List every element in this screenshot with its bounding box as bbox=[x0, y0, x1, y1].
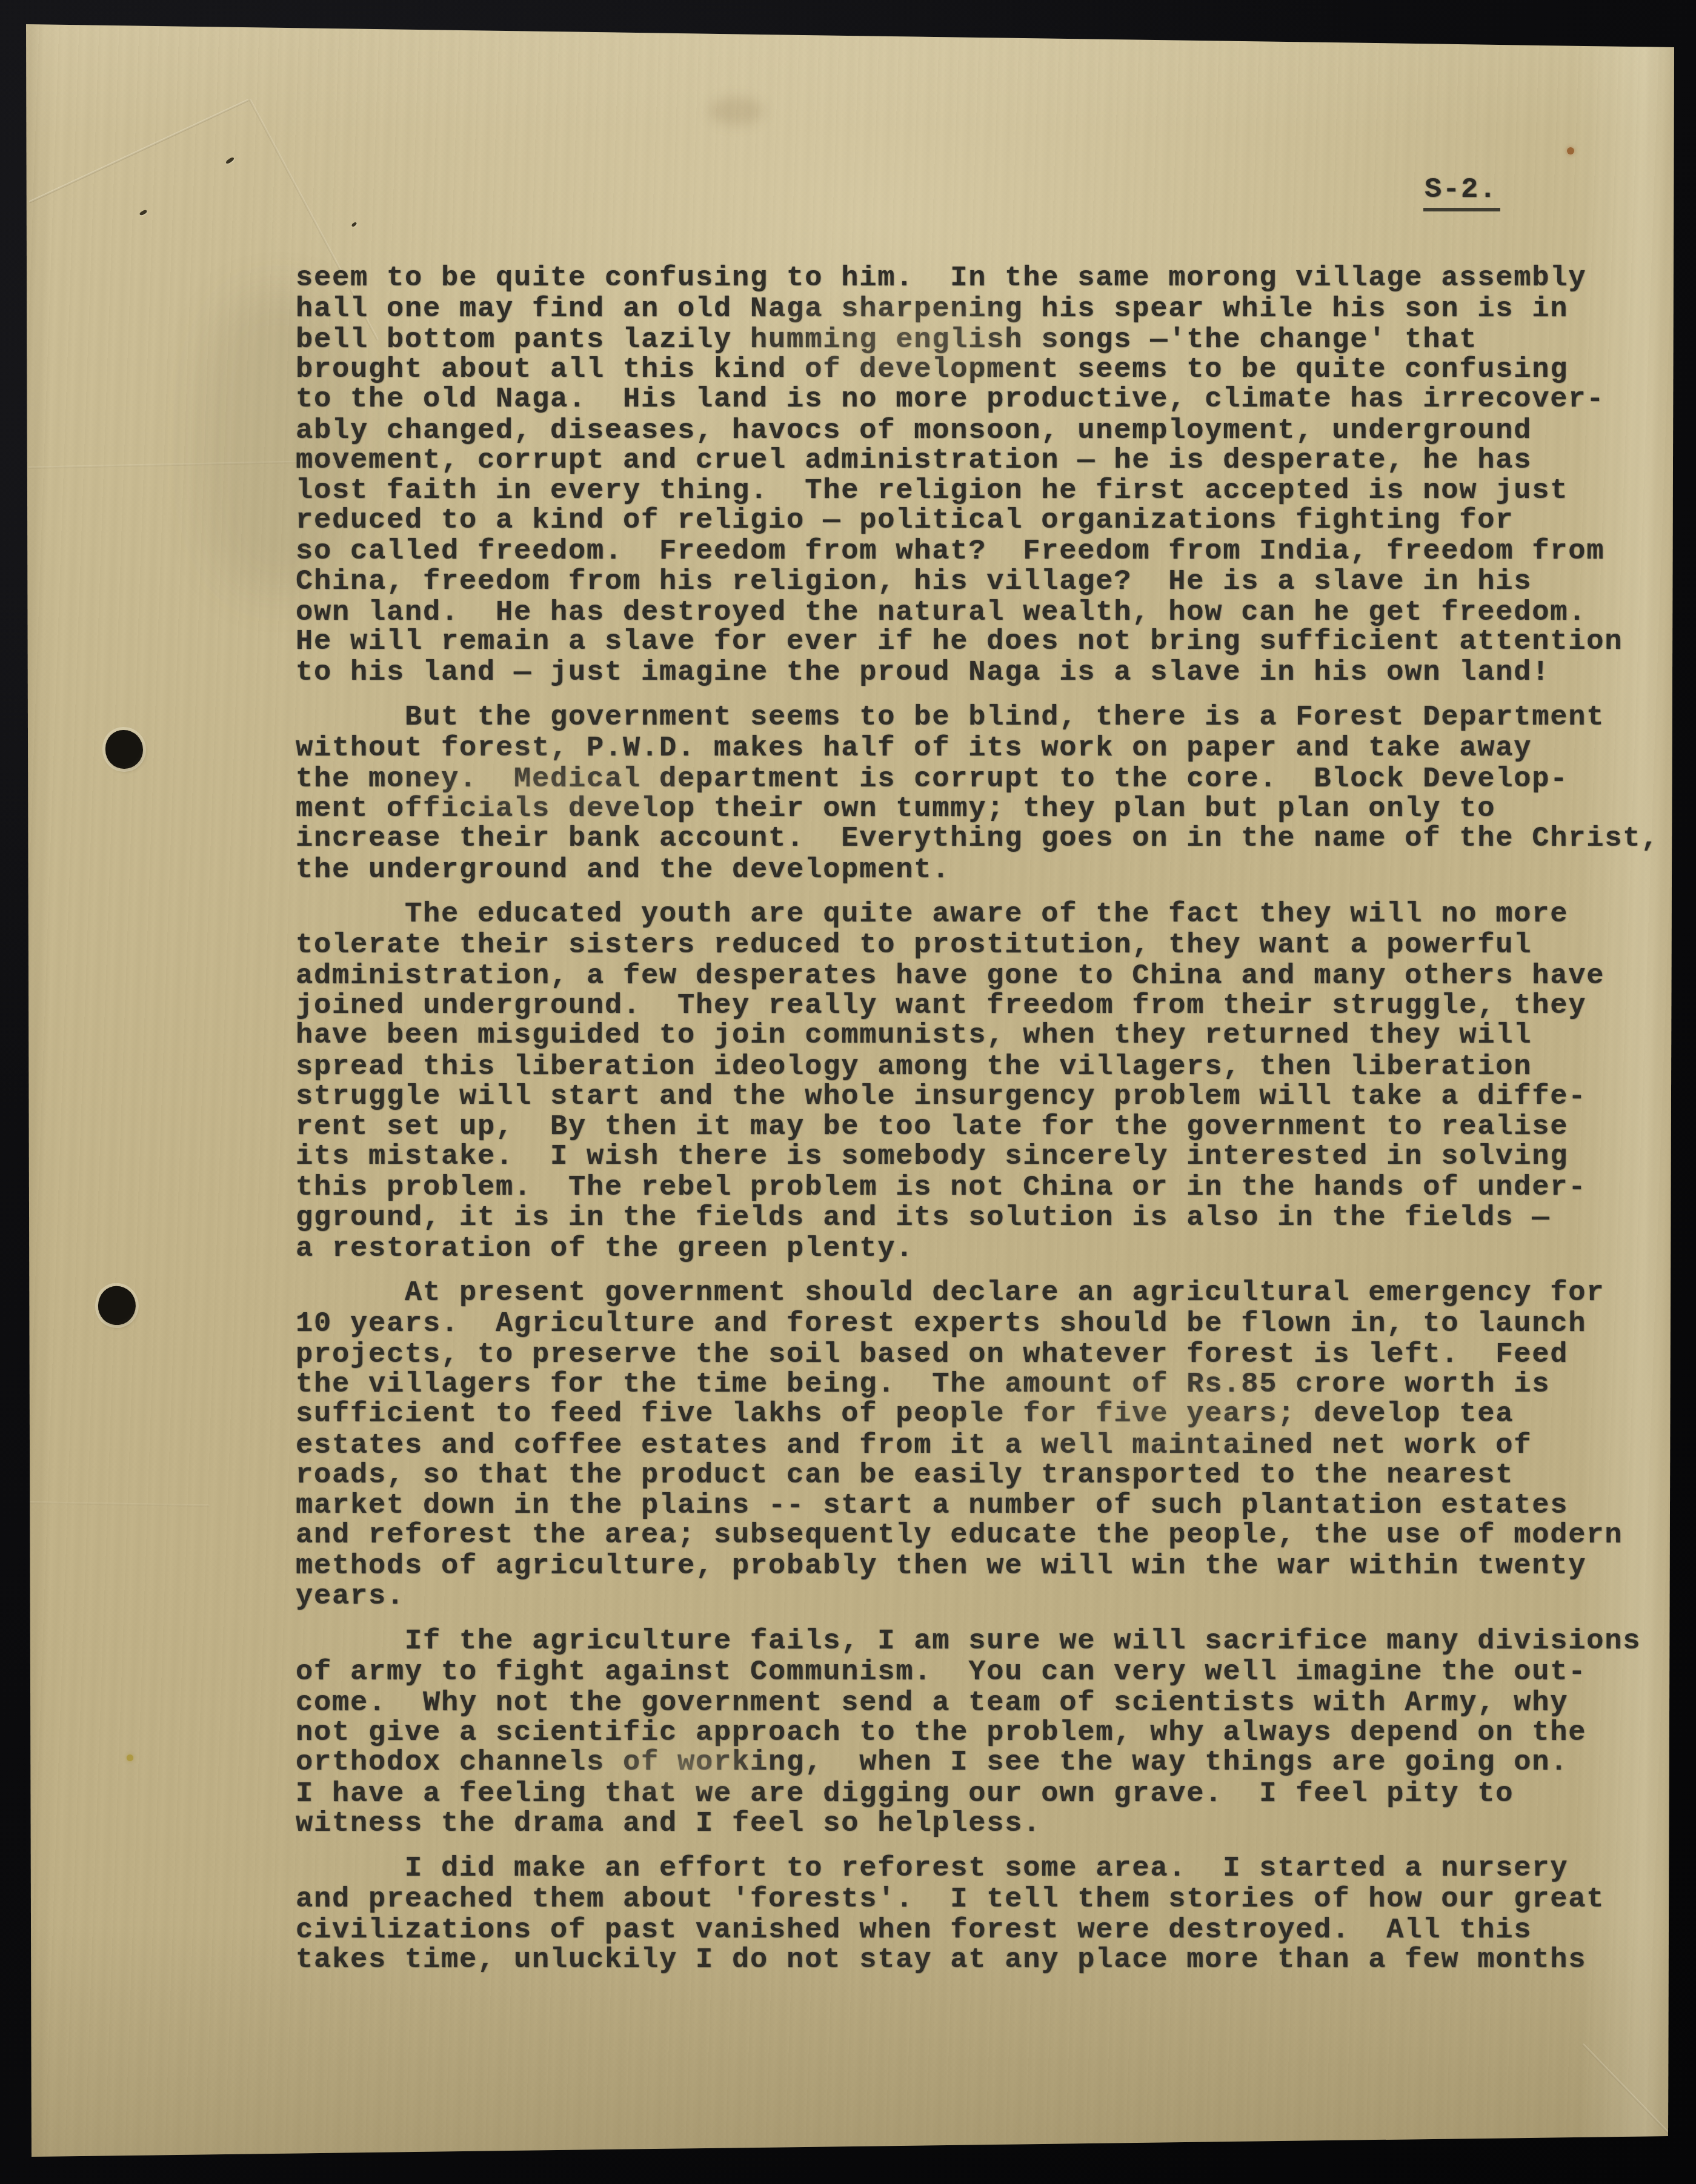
text-line: not give a scientific approach to the pr… bbox=[296, 1718, 1683, 1748]
text-line: the underground and the development. bbox=[296, 855, 1683, 886]
text-line: brought about all this kind of developme… bbox=[296, 355, 1683, 385]
text-block: seem to be quite confusing to him. In th… bbox=[296, 264, 1683, 1976]
staple-hole bbox=[351, 222, 357, 228]
text-line: spread this liberation ideology among th… bbox=[296, 1052, 1683, 1083]
text-line: ably changed, diseases, havocs of monsoo… bbox=[296, 416, 1683, 446]
text-line: He will remain a slave for ever if he do… bbox=[296, 627, 1683, 657]
text-line: roads, so that the product can be easily… bbox=[296, 1461, 1683, 1491]
text-line: the villagers for the time being. The am… bbox=[296, 1370, 1683, 1400]
text-line: seem to be quite confusing to him. In th… bbox=[296, 264, 1683, 294]
text-line: years. bbox=[296, 1582, 1683, 1612]
paragraph: I did make an effort to reforest some ar… bbox=[296, 1854, 1683, 1976]
horizontal-fold-crease bbox=[28, 1501, 210, 1507]
text-line: have been misguided to join communists, … bbox=[296, 1021, 1683, 1051]
text-line: bell bottom pants lazily humming english… bbox=[296, 325, 1683, 356]
text-line: movement, corrupt and cruel administrati… bbox=[296, 446, 1683, 476]
text-line: orthodox channels of working, when I see… bbox=[296, 1748, 1683, 1778]
paragraph: But the government seems to be blind, th… bbox=[296, 703, 1683, 885]
dirt-smudge bbox=[709, 97, 763, 125]
staple-hole bbox=[139, 209, 147, 216]
text-line: I have a feeling that we are digging our… bbox=[296, 1779, 1683, 1810]
text-line: methods of agriculture, probably then we… bbox=[296, 1552, 1683, 1582]
text-line: China, freedom from his religion, his vi… bbox=[296, 567, 1683, 597]
paragraph: If the agriculture fails, I am sure we w… bbox=[296, 1627, 1683, 1839]
paragraph: At present government should declare an … bbox=[296, 1279, 1683, 1612]
text-line: to his land — just imagine the proud Nag… bbox=[296, 658, 1683, 688]
text-line: own land. He has destroyed the natural w… bbox=[296, 598, 1683, 628]
staple-hole bbox=[225, 156, 235, 164]
text-line: hall one may find an old Naga sharpening… bbox=[296, 294, 1683, 325]
text-line: lost faith in every thing. The religion … bbox=[296, 476, 1683, 506]
text-line: and preached them about 'forests'. I tel… bbox=[296, 1885, 1683, 1915]
text-line: gground, it is in the fields and its sol… bbox=[296, 1203, 1683, 1233]
corner-fold-crease bbox=[28, 99, 249, 204]
text-line: estates and coffee estates and from it a… bbox=[296, 1431, 1683, 1461]
text-line: increase their bank account. Everything … bbox=[296, 824, 1683, 854]
text-line: market down in the plains -- start a num… bbox=[296, 1491, 1683, 1521]
text-line: tolerate their sisters reduced to prosti… bbox=[296, 931, 1683, 961]
scanner-background: S-2. seem to be quite confusing to him. … bbox=[0, 0, 1696, 2184]
text-line: administration, a few desperates have go… bbox=[296, 961, 1683, 992]
text-line: this problem. The rebel problem is not C… bbox=[296, 1173, 1683, 1203]
punch-hole bbox=[105, 730, 143, 769]
text-line: civilizations of past vanished when fore… bbox=[296, 1916, 1683, 1946]
bottom-right-crease bbox=[1582, 2043, 1672, 2137]
punch-hole bbox=[95, 1283, 139, 1328]
paragraph: seem to be quite confusing to him. In th… bbox=[296, 264, 1683, 688]
text-line: 10 years. Agriculture and forest experts… bbox=[296, 1309, 1683, 1339]
text-line: the money. Medical department is corrupt… bbox=[296, 765, 1683, 795]
text-line: reduced to a kind of religio — political… bbox=[296, 506, 1683, 536]
text-line: takes time, unluckily I do not stay at a… bbox=[296, 1945, 1683, 1976]
paragraph: The educated youth are quite aware of th… bbox=[296, 900, 1683, 1264]
text-line: come. Why not the government send a team… bbox=[296, 1688, 1683, 1719]
text-line: to the old Naga. His land is no more pro… bbox=[296, 385, 1683, 415]
text-line: But the government seems to be blind, th… bbox=[296, 703, 1683, 733]
text-line: without forest, P.W.D. makes half of its… bbox=[296, 734, 1683, 764]
document-page: S-2. seem to be quite confusing to him. … bbox=[0, 0, 1696, 2184]
text-line: struggle will start and the whole insurg… bbox=[296, 1082, 1683, 1112]
text-line: sufficient to feed five lakhs of people … bbox=[296, 1399, 1683, 1430]
text-line: rent set up, By then it may be too late … bbox=[296, 1112, 1683, 1143]
text-line: The educated youth are quite aware of th… bbox=[296, 900, 1683, 930]
text-line: projects, to preserve the soil based on … bbox=[296, 1340, 1683, 1370]
text-line: If the agriculture fails, I am sure we w… bbox=[296, 1627, 1683, 1657]
text-line: witness the drama and I feel so helpless… bbox=[296, 1809, 1683, 1839]
rust-speck bbox=[1567, 147, 1574, 154]
text-line: of army to fight against Communism. You … bbox=[296, 1658, 1683, 1688]
text-line: At present government should declare an … bbox=[296, 1278, 1683, 1309]
text-line: a restoration of the green plenty. bbox=[296, 1234, 1683, 1264]
text-line: its mistake. I wish there is somebody si… bbox=[296, 1142, 1683, 1172]
text-line: joined underground. They really want fre… bbox=[296, 991, 1683, 1021]
page-number: S-2. bbox=[1423, 175, 1500, 211]
text-line: and reforest the area; subsequently educ… bbox=[296, 1521, 1683, 1551]
text-line: I did make an effort to reforest some ar… bbox=[296, 1854, 1683, 1884]
text-line: ment officials develop their own tummy; … bbox=[296, 794, 1683, 825]
text-line: so called freedom. Freedom from what? Fr… bbox=[296, 537, 1683, 567]
yellow-speck bbox=[127, 1754, 133, 1761]
